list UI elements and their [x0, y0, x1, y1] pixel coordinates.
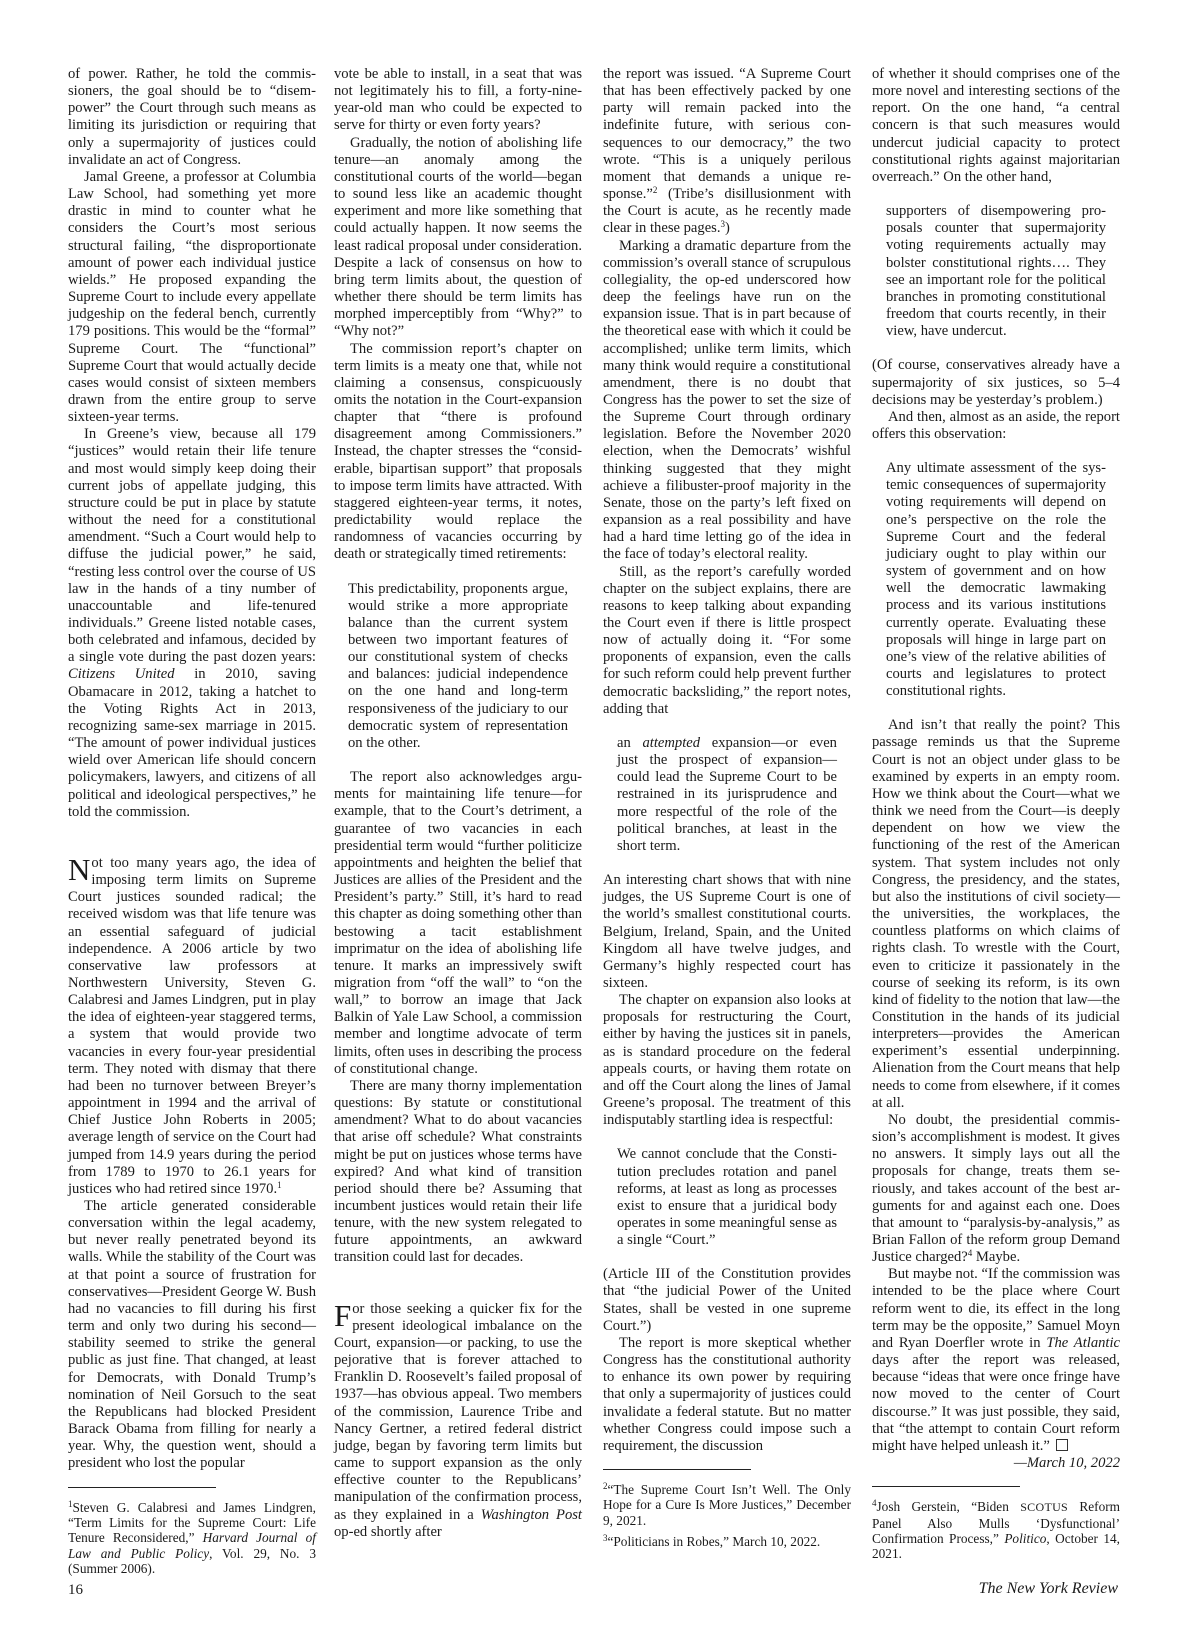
column-1: of power. Rather, he told the commis­sio…	[68, 66, 316, 1583]
paragraph: the report was issued. “A Supreme Court …	[603, 66, 851, 238]
footnote-rule	[68, 1487, 216, 1488]
paragraph: Marking a dramatic departure from the co…	[603, 238, 851, 564]
footnote-rule	[603, 1469, 751, 1470]
footnote-2: 2“The Supreme Court Isn’t Well. The Only…	[603, 1482, 851, 1528]
paragraph: The commission report’s chapter on term …	[334, 341, 582, 564]
block-quote: Any ultimate assessment of the sys­temic…	[886, 460, 1106, 700]
paragraph: There are many thorny implementa­tion qu…	[334, 1078, 582, 1267]
paragraph: The report also acknowledges argu­ments …	[334, 769, 582, 1078]
magazine-page: of power. Rather, he told the commis­sio…	[0, 0, 1200, 1633]
paragraph: Jamal Greene, a professor at Co­lumbia L…	[68, 169, 316, 426]
paragraph: But maybe not. “If the commission was in…	[872, 1266, 1120, 1455]
footnote-4: 4Josh Gerstein, “Biden SCOTUS Re­form Pa…	[872, 1499, 1120, 1562]
end-of-article-icon	[1056, 1439, 1068, 1451]
publication-name: The Atlantic	[1046, 1335, 1120, 1351]
block-quote: an attempted expansion—or even just the …	[617, 735, 837, 855]
paragraph: The chapter on expansion also looks at p…	[603, 992, 851, 1129]
section-opening-paragraph: Not too many years ago, the idea of impo…	[68, 855, 316, 1198]
column-4: of whether it should comprises one of th…	[872, 66, 1120, 1568]
drop-cap: N	[68, 858, 90, 880]
footnote-ref[interactable]: 1	[277, 1180, 282, 1190]
case-name: Citizens United	[68, 666, 175, 682]
column-2: vote be able to install, in a seat that …	[334, 66, 582, 1541]
section-opening-paragraph: For those seeking a quicker fix for the …	[334, 1301, 582, 1541]
block-quote: This predictability, proponents argue, w…	[348, 581, 568, 753]
paragraph: No doubt, the presidential commis­sion’s…	[872, 1112, 1120, 1266]
block-quote: supporters of disempowering pro­posals c…	[886, 203, 1106, 340]
paragraph: vote be able to install, in a seat that …	[334, 66, 582, 135]
paragraph: And isn’t that really the point? This pa…	[872, 717, 1120, 1112]
block-quote: We cannot conclude that the Consti­tutio…	[617, 1146, 837, 1249]
publication-name: Washington Post	[481, 1507, 582, 1523]
publication-title: The New York Review	[979, 1580, 1118, 1598]
paragraph: (Of course, conservatives already have a…	[872, 357, 1120, 408]
paragraph: Still, as the report’s carefully worded …	[603, 564, 851, 718]
paragraph: In Greene’s view, because all 179 “justi…	[68, 426, 316, 821]
footnote-3: 3“Politicians in Robes,” March 10, 2022.	[603, 1534, 851, 1549]
article-date: —March 10, 2022	[872, 1455, 1120, 1472]
page-number: 16	[68, 1582, 83, 1599]
paragraph: The article generated considerable conve…	[68, 1198, 316, 1473]
column-3: the report was issued. “A Supreme Court …	[603, 66, 851, 1556]
paragraph: The report is more skeptical whether Con…	[603, 1335, 851, 1455]
paragraph: of whether it should comprises one of th…	[872, 66, 1120, 186]
paragraph: And then, almost as an aside, the re­por…	[872, 409, 1120, 443]
footnote-rule	[872, 1486, 1020, 1487]
drop-cap: F	[334, 1304, 351, 1326]
paragraph: Gradually, the notion of abolishing life…	[334, 135, 582, 341]
paragraph: (Article III of the Constitution pro­vid…	[603, 1266, 851, 1335]
footnote-1: 1Steven G. Calabresi and James Lind­gren…	[68, 1500, 316, 1577]
paragraph: of power. Rather, he told the commis­sio…	[68, 66, 316, 169]
paragraph: An interesting chart shows that with nin…	[603, 872, 851, 992]
